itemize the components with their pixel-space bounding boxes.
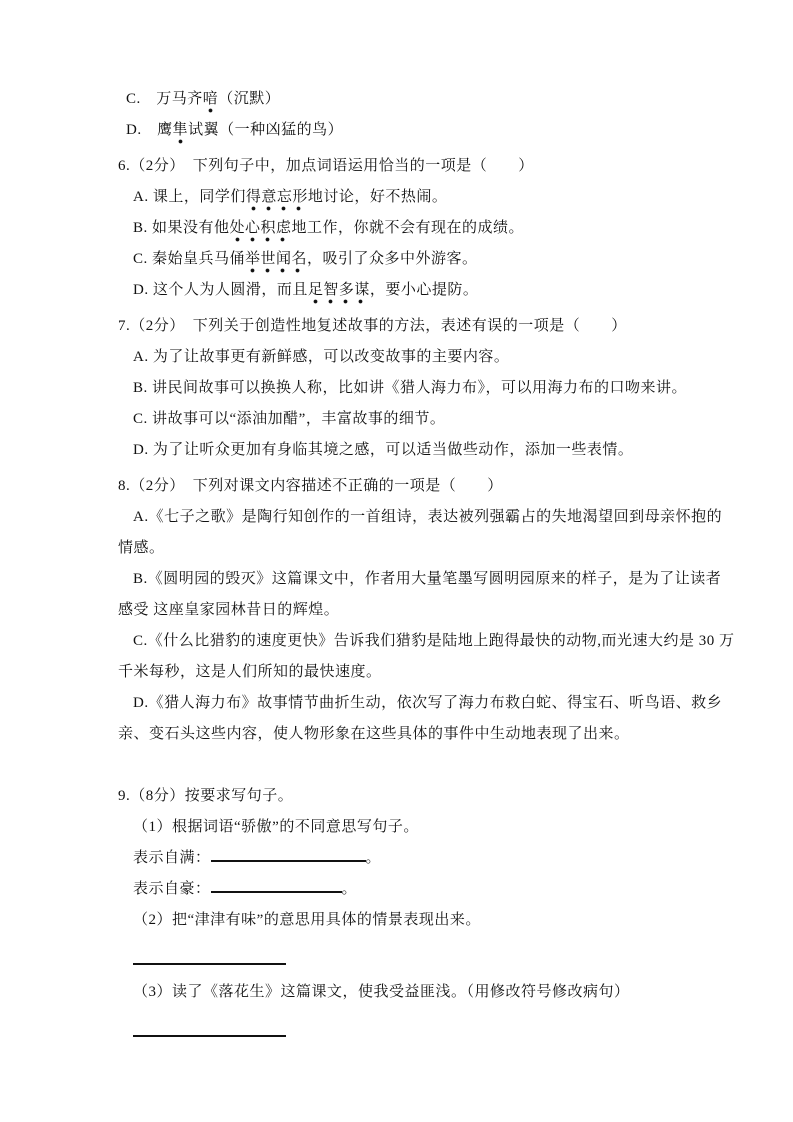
text-segment: 7.（2分） 下列关于创造性地复述故事的方法，表述有误的一项是（ ） xyxy=(118,318,627,334)
section-gap xyxy=(118,750,738,776)
answer-blank[interactable] xyxy=(133,949,286,965)
q5-option-c: C. 万马齐喑（沉默） xyxy=(118,84,738,115)
q7-option-d: D. 为了让听众更加有身临其境之感，可以适当做些动作，添加一些表情。 xyxy=(118,435,738,466)
q7-option-c: C. 讲故事可以“添油加醋”，丰富故事的细节。 xyxy=(118,404,738,435)
text-segment: 感受 这座皇家园林昔日的辉煌。 xyxy=(118,602,339,618)
q9-fill-ziman: 表示自满：。 xyxy=(118,843,738,874)
text-segment: B. 如果没有他 xyxy=(133,220,230,236)
q9-sub-1: （1）根据词语“骄傲”的不同意思写句子。 xyxy=(118,812,738,843)
exam-page: C. 万马齐喑（沉默）D. 鹰隼试翼（一种凶猛的鸟）6.（2分） 下列句子中，加… xyxy=(0,0,793,1122)
q9-sub-3: （3）读了《落花生》这篇课文，使我受益匪浅。（用修改符号修改病句） xyxy=(118,977,738,1008)
q8-option-d-line1: D.《猎人海力布》故事情节曲折生动，依次写了海力布救白蛇、得宝石、听鸟语、救乡 xyxy=(118,688,738,719)
emphasized-text: 举世闻名 xyxy=(245,251,307,273)
text-segment: ，要小心提防。 xyxy=(370,282,479,298)
q5-option-d: D. 鹰隼试翼（一种凶猛的鸟） xyxy=(118,115,738,146)
q7-option-a: A. 为了让故事更有新鲜感，可以改变故事的主要内容。 xyxy=(118,342,738,373)
text-segment: 千米每秒，这是人们所知的最快速度。 xyxy=(118,664,382,680)
q7-option-b: B. 讲民间故事可以换换人称，比如讲《猎人海力布》，可以用海力布的口吻来讲。 xyxy=(118,373,738,404)
text-segment: ，吸引了众多中外游客。 xyxy=(307,251,478,267)
q8-option-b-line1: B.《圆明园的毁灭》这篇课文中，作者用大量笔墨写圆明园原来的样子，是为了让读者 xyxy=(118,564,738,595)
text-segment: 9.（8分）按要求写句子。 xyxy=(118,788,293,804)
text-segment: C.《什么比猎豹的速度更快》告诉我们猎豹是陆地上跑得最快的动物,而光速大约是 3… xyxy=(133,633,735,649)
q8-option-c-line2: 千米每秒，这是人们所知的最快速度。 xyxy=(118,657,738,688)
emphasized-text: 足智多谋 xyxy=(308,282,370,304)
text-segment: 试翼（一种凶猛的鸟） xyxy=(188,122,343,138)
text-segment: （1）根据词语“骄傲”的不同意思写句子。 xyxy=(133,819,419,835)
text-segment: 表示自豪： xyxy=(133,881,211,897)
emphasized-text: 隼 xyxy=(173,122,189,144)
text-segment: D. 鹰 xyxy=(126,122,173,138)
q8-option-a-line2: 情感。 xyxy=(118,533,738,564)
text-segment: 。 xyxy=(366,850,382,866)
q9-sub-2: （2）把“津津有味”的意思用具体的情景表现出来。 xyxy=(118,905,738,936)
question-6-header: 6.（2分） 下列句子中，加点词语运用恰当的一项是（ ） xyxy=(118,151,738,182)
emphasized-text: 处心积虑 xyxy=(230,220,292,242)
q6-option-d: D. 这个人为人圆滑，而且足智多谋，要小心提防。 xyxy=(118,275,738,306)
answer-blank[interactable] xyxy=(211,877,342,893)
text-segment: 情感。 xyxy=(118,540,165,556)
text-segment: B.《圆明园的毁灭》这篇课文中，作者用大量笔墨写圆明园原来的样子，是为了让读者 xyxy=(133,571,721,587)
q6-option-c: C. 秦始皇兵马俑举世闻名，吸引了众多中外游客。 xyxy=(118,244,738,275)
answer-blank[interactable] xyxy=(133,1021,286,1037)
q9-answer-line-2 xyxy=(118,1018,738,1049)
text-segment: 。 xyxy=(342,881,358,897)
text-segment: 亲、变石头这些内容，使人物形象在这些具体的事件中生动地表现了出来。 xyxy=(118,726,630,742)
text-segment: 表示自满： xyxy=(133,850,211,866)
q8-option-d-line2: 亲、变石头这些内容，使人物形象在这些具体的事件中生动地表现了出来。 xyxy=(118,719,738,750)
text-segment: A.《七子之歌》是陶行知创作的一首组诗，表达被列强霸占的失地渴望回到母亲怀抱的 xyxy=(133,509,722,525)
text-segment: C. 讲故事可以“添油加醋”，丰富故事的细节。 xyxy=(133,411,445,427)
text-segment: 地讨论，好不热闹。 xyxy=(308,189,448,205)
emphasized-text: 喑 xyxy=(203,91,219,113)
text-segment: A. 课上，同学们 xyxy=(133,189,246,205)
question-8-header: 8.（2分） 下列对课文内容描述不正确的一项是（ ） xyxy=(118,471,738,502)
text-segment: （3）读了《落花生》这篇课文，使我受益匪浅。（用修改符号修改病句） xyxy=(133,984,630,1000)
text-segment: 地工作，你就不会有现在的成绩。 xyxy=(292,220,525,236)
q9-fill-zihao: 表示自豪：。 xyxy=(118,874,738,905)
question-7-header: 7.（2分） 下列关于创造性地复述故事的方法，表述有误的一项是（ ） xyxy=(118,311,738,342)
q6-option-b: B. 如果没有他处心积虑地工作，你就不会有现在的成绩。 xyxy=(118,213,738,244)
text-segment: D. 为了让听众更加有身临其境之感，可以适当做些动作，添加一些表情。 xyxy=(133,442,633,458)
q9-answer-line-1 xyxy=(118,946,738,977)
text-segment: D. 这个人为人圆滑，而且 xyxy=(133,282,308,298)
question-9-header: 9.（8分）按要求写句子。 xyxy=(118,781,738,812)
answer-blank[interactable] xyxy=(211,846,366,862)
q8-option-a-line1: A.《七子之歌》是陶行知创作的一首组诗，表达被列强霸占的失地渴望回到母亲怀抱的 xyxy=(118,502,738,533)
q8-option-b-line2: 感受 这座皇家园林昔日的辉煌。 xyxy=(118,595,738,626)
text-segment: A. 为了让故事更有新鲜感，可以改变故事的主要内容。 xyxy=(133,349,509,365)
text-segment: C. 秦始皇兵马俑 xyxy=(133,251,245,267)
text-segment: 8.（2分） 下列对课文内容描述不正确的一项是（ ） xyxy=(118,478,503,494)
text-segment: （沉默） xyxy=(218,91,280,107)
text-segment: B. 讲民间故事可以换换人称，比如讲《猎人海力布》，可以用海力布的口吻来讲。 xyxy=(133,380,687,396)
text-segment: C. 万马齐 xyxy=(126,91,203,107)
emphasized-text: 得意忘形 xyxy=(246,189,308,211)
text-segment: 6.（2分） 下列句子中，加点词语运用恰当的一项是（ ） xyxy=(118,158,534,174)
text-segment: （2）把“津津有味”的意思用具体的情景表现出来。 xyxy=(133,912,481,928)
q8-option-c-line1: C.《什么比猎豹的速度更快》告诉我们猎豹是陆地上跑得最快的动物,而光速大约是 3… xyxy=(118,626,738,657)
text-segment: D.《猎人海力布》故事情节曲折生动，依次写了海力布救白蛇、得宝石、听鸟语、救乡 xyxy=(133,695,722,711)
q6-option-a: A. 课上，同学们得意忘形地讨论，好不热闹。 xyxy=(118,182,738,213)
